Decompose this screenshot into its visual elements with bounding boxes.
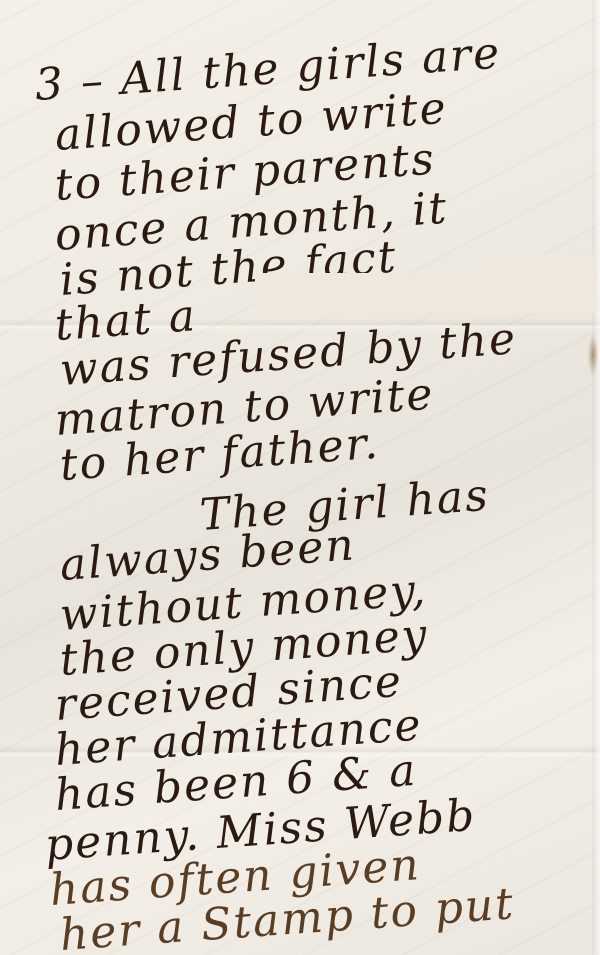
redaction-patch bbox=[255, 273, 595, 313]
letter-page: 3 – All the girls are allowed to write t… bbox=[0, 0, 600, 955]
redaction-patch bbox=[488, 255, 595, 275]
page-edge bbox=[592, 0, 600, 955]
ink-stain bbox=[588, 335, 598, 375]
